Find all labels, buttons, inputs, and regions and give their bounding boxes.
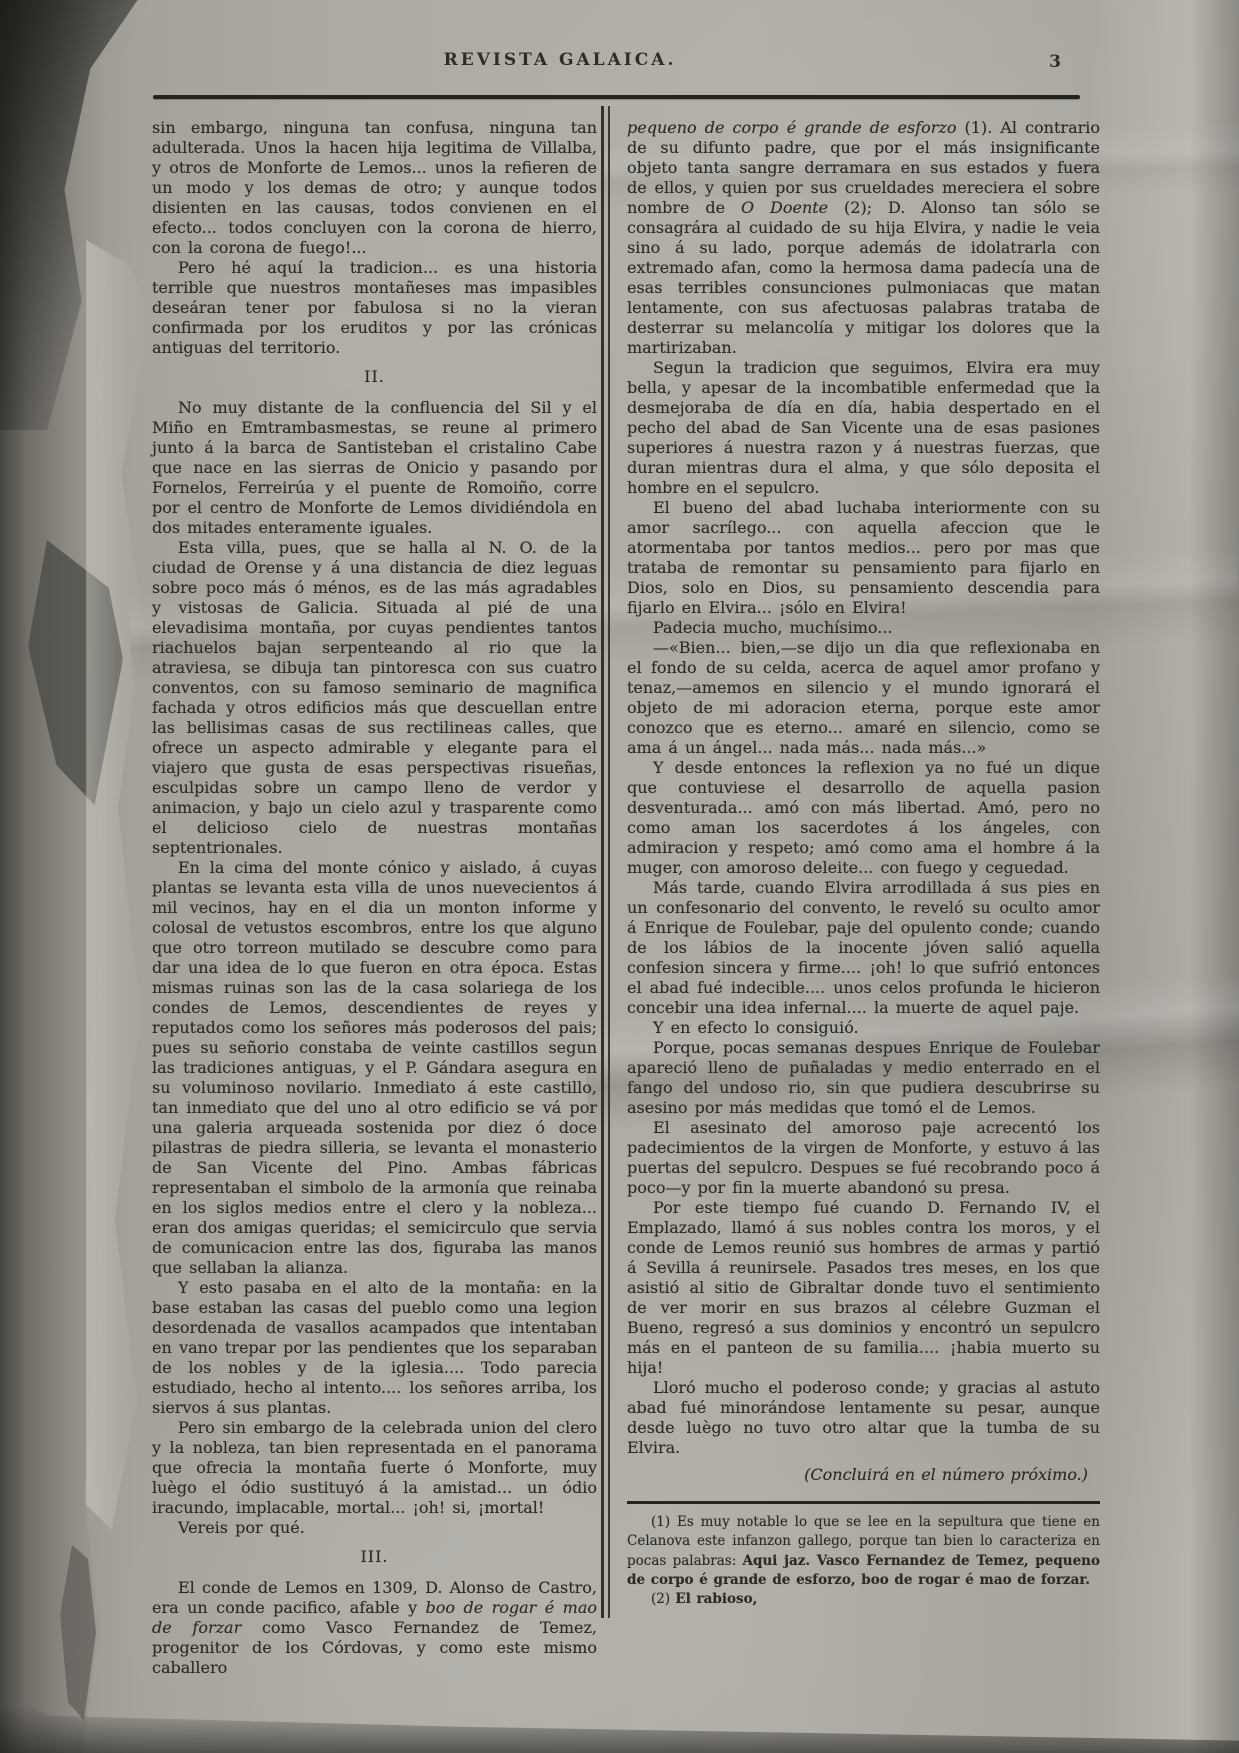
paragraph: Vereis por qué. [152, 1518, 597, 1538]
paragraph: Más tarde, cuando Elvira arrodillada á s… [627, 878, 1100, 1018]
paragraph: Pero hé aquí la tradicion... es una hist… [152, 258, 597, 358]
paragraph: pequeno de corpo é grande de esforzo (1)… [627, 118, 1100, 358]
paragraph: El asesinato del amoroso paje acrecentó … [627, 1118, 1100, 1198]
page-bottom-shadow [0, 1691, 1239, 1753]
footnote: (2) El rabioso, [627, 1590, 1100, 1609]
paragraph: Pero sin embargo de la celebrada union d… [152, 1418, 597, 1518]
paragraph: Padecia mucho, muchísimo... [627, 618, 1100, 638]
paragraph: Y desde entonces la reflexion ya no fué … [627, 758, 1100, 878]
section-heading: III. [152, 1547, 597, 1567]
right-column: pequeno de corpo é grande de esforzo (1)… [627, 118, 1100, 1609]
paragraph: Y esto pasaba en el alto de la montaña: … [152, 1278, 597, 1418]
paragraph: Esta villa, pues, que se halla al N. O. … [152, 538, 597, 858]
to-be-continued-note: (Concluirá en el número próximo.) [627, 1465, 1100, 1485]
paragraph: Porque, pocas semanas despues Enrique de… [627, 1038, 1100, 1118]
paragraph: Y en efecto lo consiguió. [627, 1018, 1100, 1038]
footnotes: (1) Es muy notable lo que se lee en la s… [627, 1513, 1100, 1609]
paragraph: El conde de Lemos en 1309, D. Alonso de … [152, 1578, 597, 1678]
paragraph: El bueno del abad luchaba interiormente … [627, 498, 1100, 618]
torn-paper-highlight [86, 240, 150, 1530]
paragraph: —«Bien... bien,—se dijo un dia que refle… [627, 638, 1100, 758]
footnote-rule [627, 1501, 1100, 1504]
journal-title: REVISTA GALAICA. [150, 50, 970, 70]
paragraph: No muy distante de la confluencia del Si… [152, 398, 597, 538]
article-body: pequeno de corpo é grande de esforzo (1)… [627, 118, 1100, 1485]
left-column: sin embargo, ninguna tan confusa, ningun… [152, 118, 597, 1678]
footnote: (1) Es muy notable lo que se lee en la s… [627, 1513, 1100, 1590]
paragraph: sin embargo, ninguna tan confusa, ningun… [152, 118, 597, 258]
paragraph: En la cima del monte cónico y aislado, á… [152, 858, 597, 1278]
page-number: 3 [1038, 52, 1072, 72]
section-heading: II. [152, 367, 597, 387]
paragraph: Por este tiempo fué cuando D. Fernando I… [627, 1198, 1100, 1378]
column-divider [601, 106, 604, 1618]
paragraph: Lloró mucho el poderoso conde; y gracias… [627, 1378, 1100, 1458]
scanned-page: REVISTA GALAICA. 3 sin embargo, ninguna … [0, 0, 1239, 1753]
header-rule [153, 95, 1080, 99]
paragraph: Segun la tradicion que seguimos, Elvira … [627, 358, 1100, 498]
column-divider [608, 106, 610, 1618]
